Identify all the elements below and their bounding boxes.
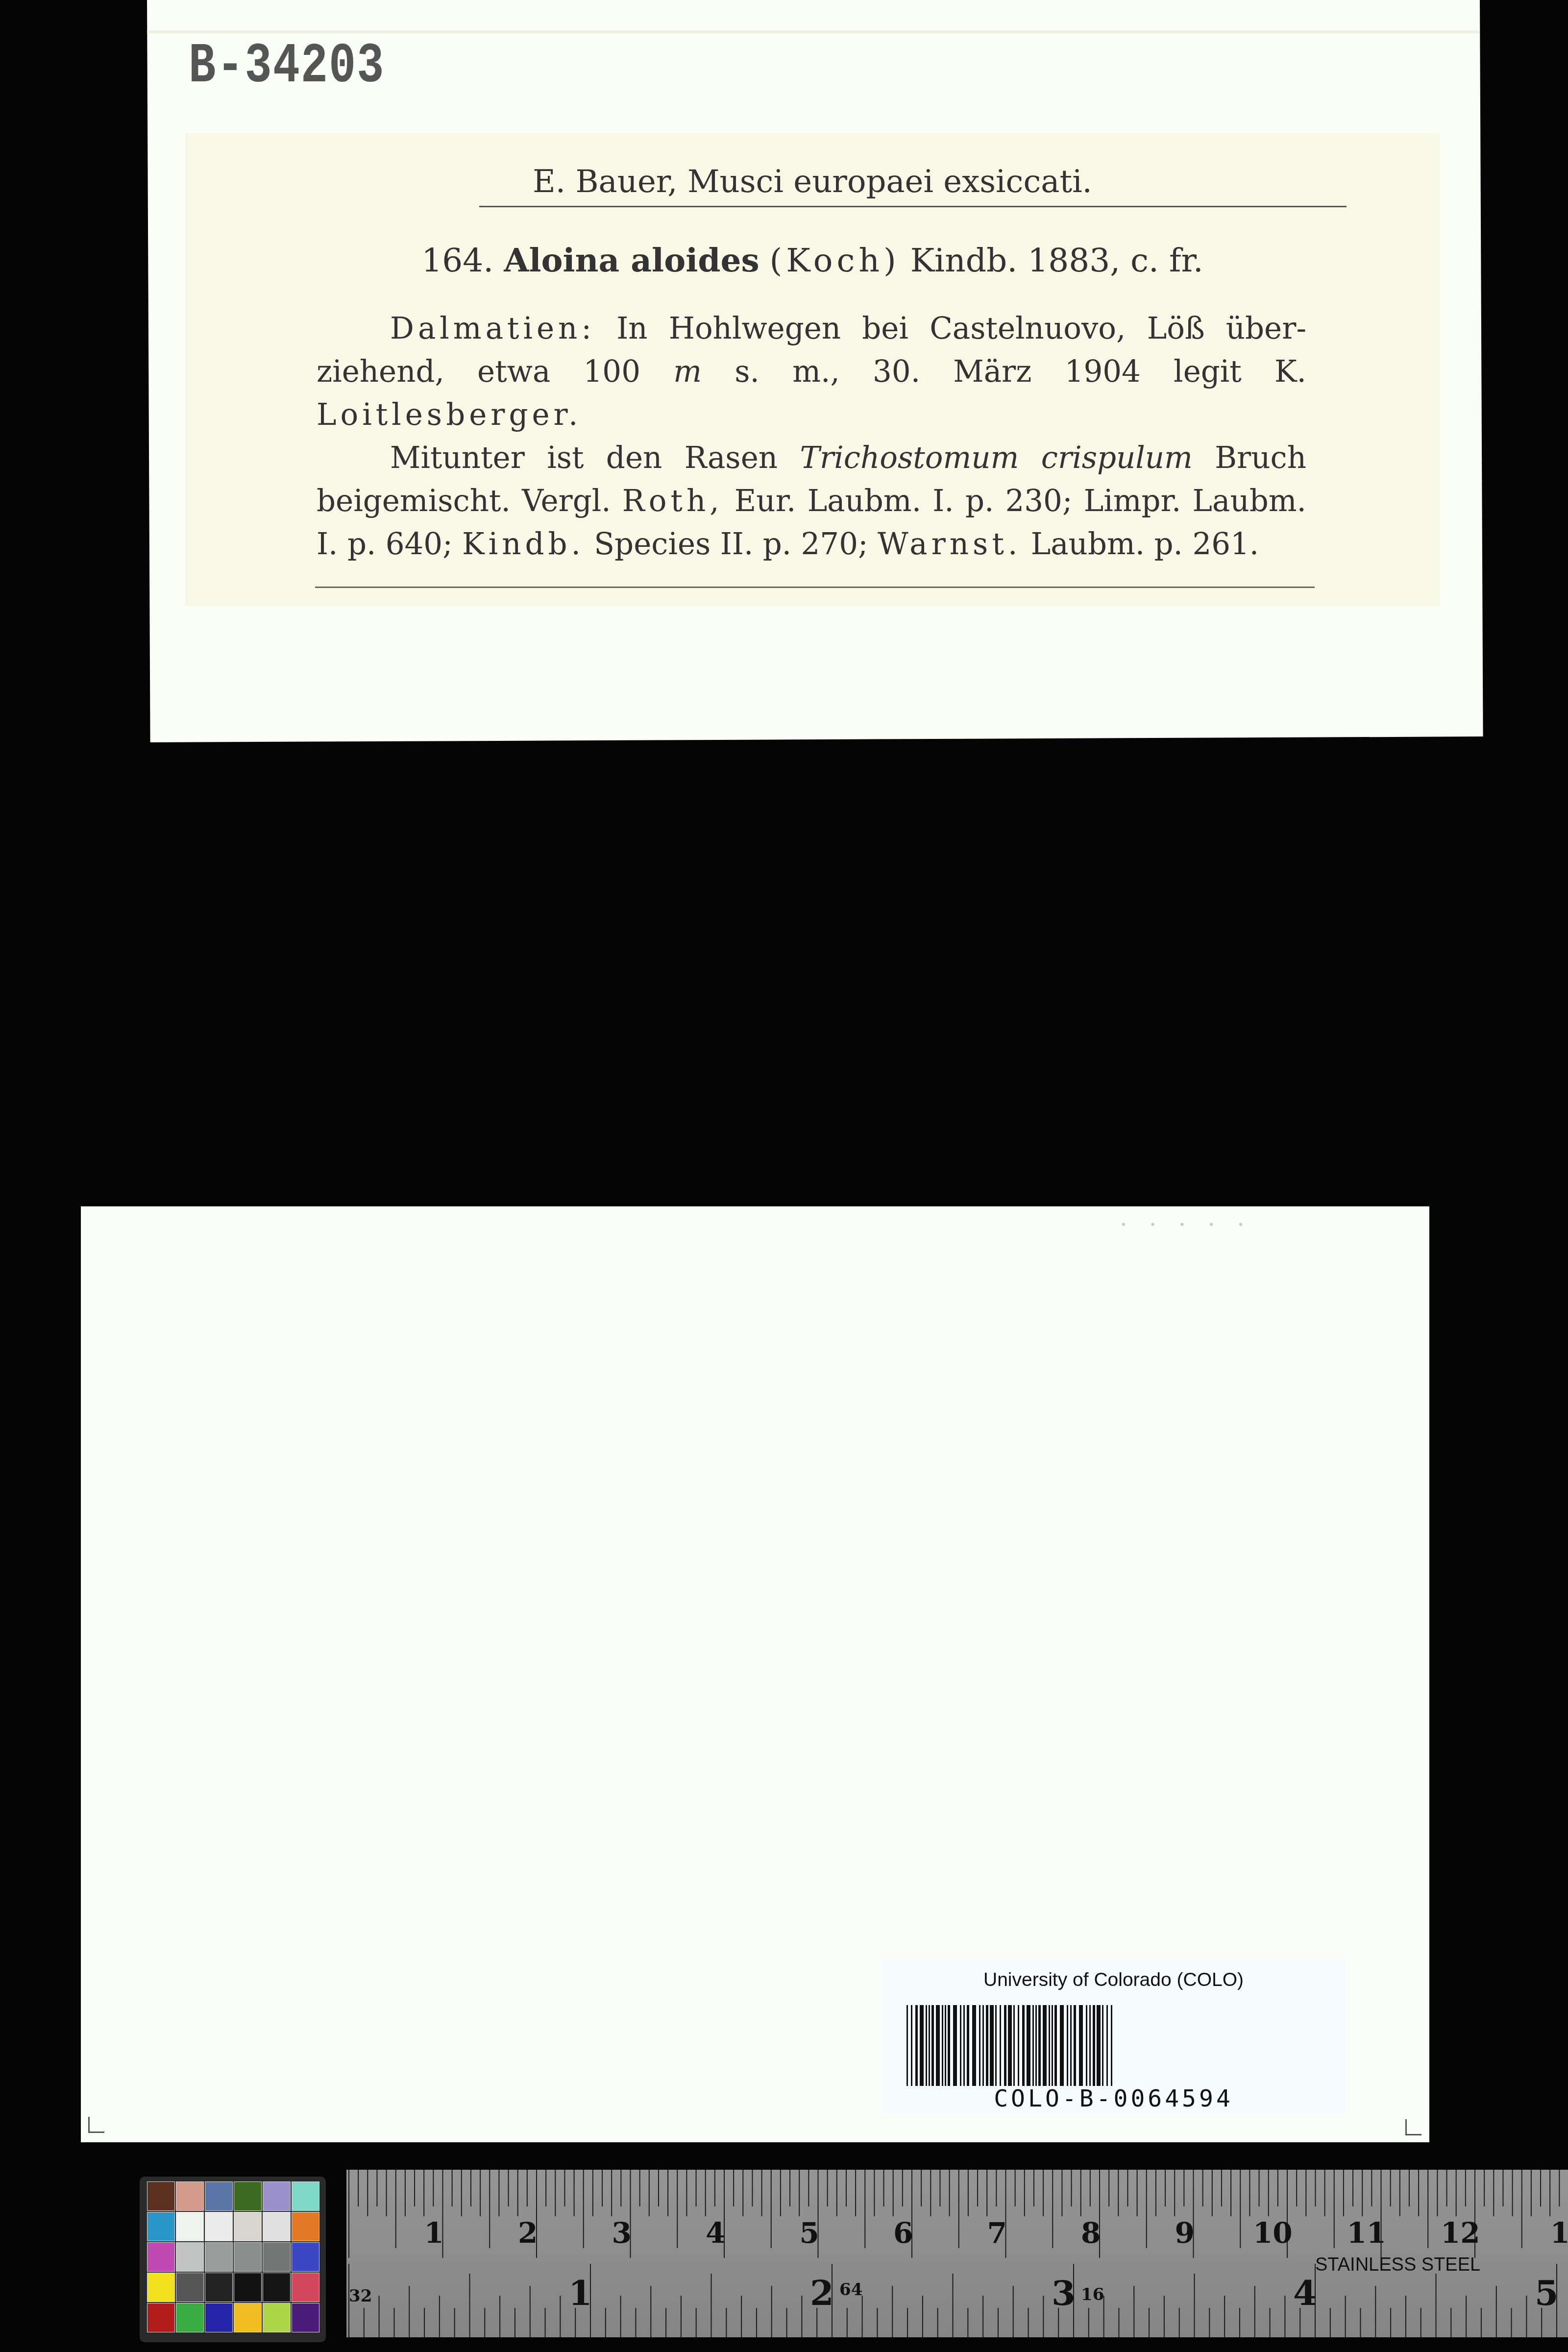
barcode-label: University of Colorado (COLO) COLO-B-006…	[882, 1959, 1345, 2114]
ruler-number: 32	[349, 2286, 372, 2306]
collector: Loitlesberger.	[317, 397, 582, 432]
bottom-rule	[315, 587, 1315, 588]
color-swatch	[263, 2303, 291, 2332]
institution-name: University of Colorado (COLO)	[882, 1969, 1345, 1991]
ruler-number: 7	[987, 2216, 1007, 2250]
series-rule	[479, 206, 1347, 207]
ruler-number: 6	[893, 2216, 913, 2250]
color-swatch	[234, 2212, 262, 2241]
color-swatch	[147, 2181, 175, 2211]
ref-warnst: Warnst.	[878, 527, 1021, 562]
ruler-number: 8	[1081, 2216, 1101, 2250]
ruler-number: 10	[1253, 2216, 1293, 2250]
color-swatch	[263, 2181, 291, 2211]
ruler-number: 2	[518, 2216, 538, 2250]
color-swatch	[205, 2242, 233, 2272]
authority: Kindb. 1883, c. fr.	[910, 242, 1203, 279]
series-title: E. Bauer, Musci europaei exsiccati.	[185, 164, 1440, 200]
color-swatch	[205, 2303, 233, 2332]
refs-b: Species II. p. 270;	[594, 527, 868, 562]
color-swatch	[176, 2181, 204, 2211]
ref-kindb: Kindb.	[462, 527, 585, 562]
authority-basionym: (Koch)	[770, 242, 900, 279]
ruler-number: 5	[800, 2216, 819, 2250]
ruler-number: 3	[612, 2216, 632, 2250]
color-swatch	[176, 2212, 204, 2241]
color-swatch	[263, 2273, 291, 2302]
exsiccata-number: 164.	[421, 242, 493, 279]
ruler-number: 12	[1441, 2216, 1480, 2250]
ruler-number: 1	[1550, 2216, 1568, 2250]
color-swatch	[234, 2242, 262, 2272]
taxon-line: 164. Aloina aloides (Koch) Kindb. 1883, …	[185, 241, 1440, 279]
color-swatch	[292, 2303, 319, 2332]
color-swatch	[292, 2273, 319, 2302]
ruler-number: 11	[1347, 2216, 1387, 2250]
unit: m	[673, 354, 702, 389]
fold-line	[147, 30, 1480, 33]
color-swatch	[234, 2273, 262, 2302]
catalog-number: COLO-B-0064594	[882, 2085, 1345, 2112]
color-swatch	[292, 2242, 319, 2272]
accession-stamp: B-34203	[189, 34, 385, 98]
specimen-label: E. Bauer, Musci europaei exsiccati. 164.…	[185, 133, 1440, 606]
color-swatch	[147, 2273, 175, 2302]
note-species: Trichostomum crispulum	[800, 441, 1193, 475]
ref-roth: Roth,	[622, 484, 723, 518]
ruler-brand: STAINLESS STEEL	[1315, 2254, 1480, 2276]
color-swatch	[176, 2242, 204, 2272]
color-swatch	[176, 2303, 204, 2332]
ruler-number: 9	[1175, 2216, 1195, 2250]
color-swatch	[292, 2181, 319, 2211]
ruler-ticks	[346, 2170, 1568, 2337]
color-swatch	[292, 2212, 319, 2241]
color-swatch	[147, 2212, 175, 2241]
color-swatches	[147, 2181, 319, 2332]
color-swatch	[234, 2181, 262, 2211]
color-swatch	[234, 2303, 262, 2332]
ruler-number: 64	[839, 2280, 862, 2300]
ruler-number: 1	[568, 2273, 592, 2313]
ruler-number: 4	[1293, 2273, 1317, 2313]
ruler-number: 1	[424, 2216, 444, 2250]
ruler-number: 5	[1535, 2273, 1559, 2313]
pencil-marks: · · · · ·	[1120, 1210, 1251, 1239]
label-body: Dalmatien: In Hohlwegen bei Castelnuovo,…	[317, 307, 1306, 566]
taxon-name: Aloina aloides	[504, 241, 759, 279]
refs-c: Laubm. p. 261.	[1031, 527, 1259, 562]
ruler-number: 3	[1052, 2273, 1076, 2313]
barcode	[906, 2005, 1112, 2086]
ruler: 123456789101112112345326416 STAINLESS ST…	[346, 2170, 1568, 2337]
ruler-number: 16	[1081, 2285, 1104, 2304]
color-swatch	[147, 2242, 175, 2272]
corner-mark-left	[88, 2117, 104, 2133]
color-swatch	[263, 2242, 291, 2272]
locality-region: Dalmatien:	[390, 311, 595, 346]
color-swatch	[147, 2303, 175, 2332]
color-swatch	[263, 2212, 291, 2241]
color-swatch	[205, 2212, 233, 2241]
locality-rest: s. m., 30. März 1904 legit K.	[735, 354, 1306, 389]
color-swatch	[205, 2273, 233, 2302]
color-swatch	[205, 2181, 233, 2211]
ruler-number: 4	[706, 2216, 725, 2250]
ruler-number: 2	[810, 2273, 834, 2313]
color-swatch	[176, 2273, 204, 2302]
note-head: Mitunter ist den Rasen	[390, 441, 778, 475]
corner-mark-right	[1405, 2119, 1421, 2135]
color-calibration-card	[140, 2177, 326, 2342]
